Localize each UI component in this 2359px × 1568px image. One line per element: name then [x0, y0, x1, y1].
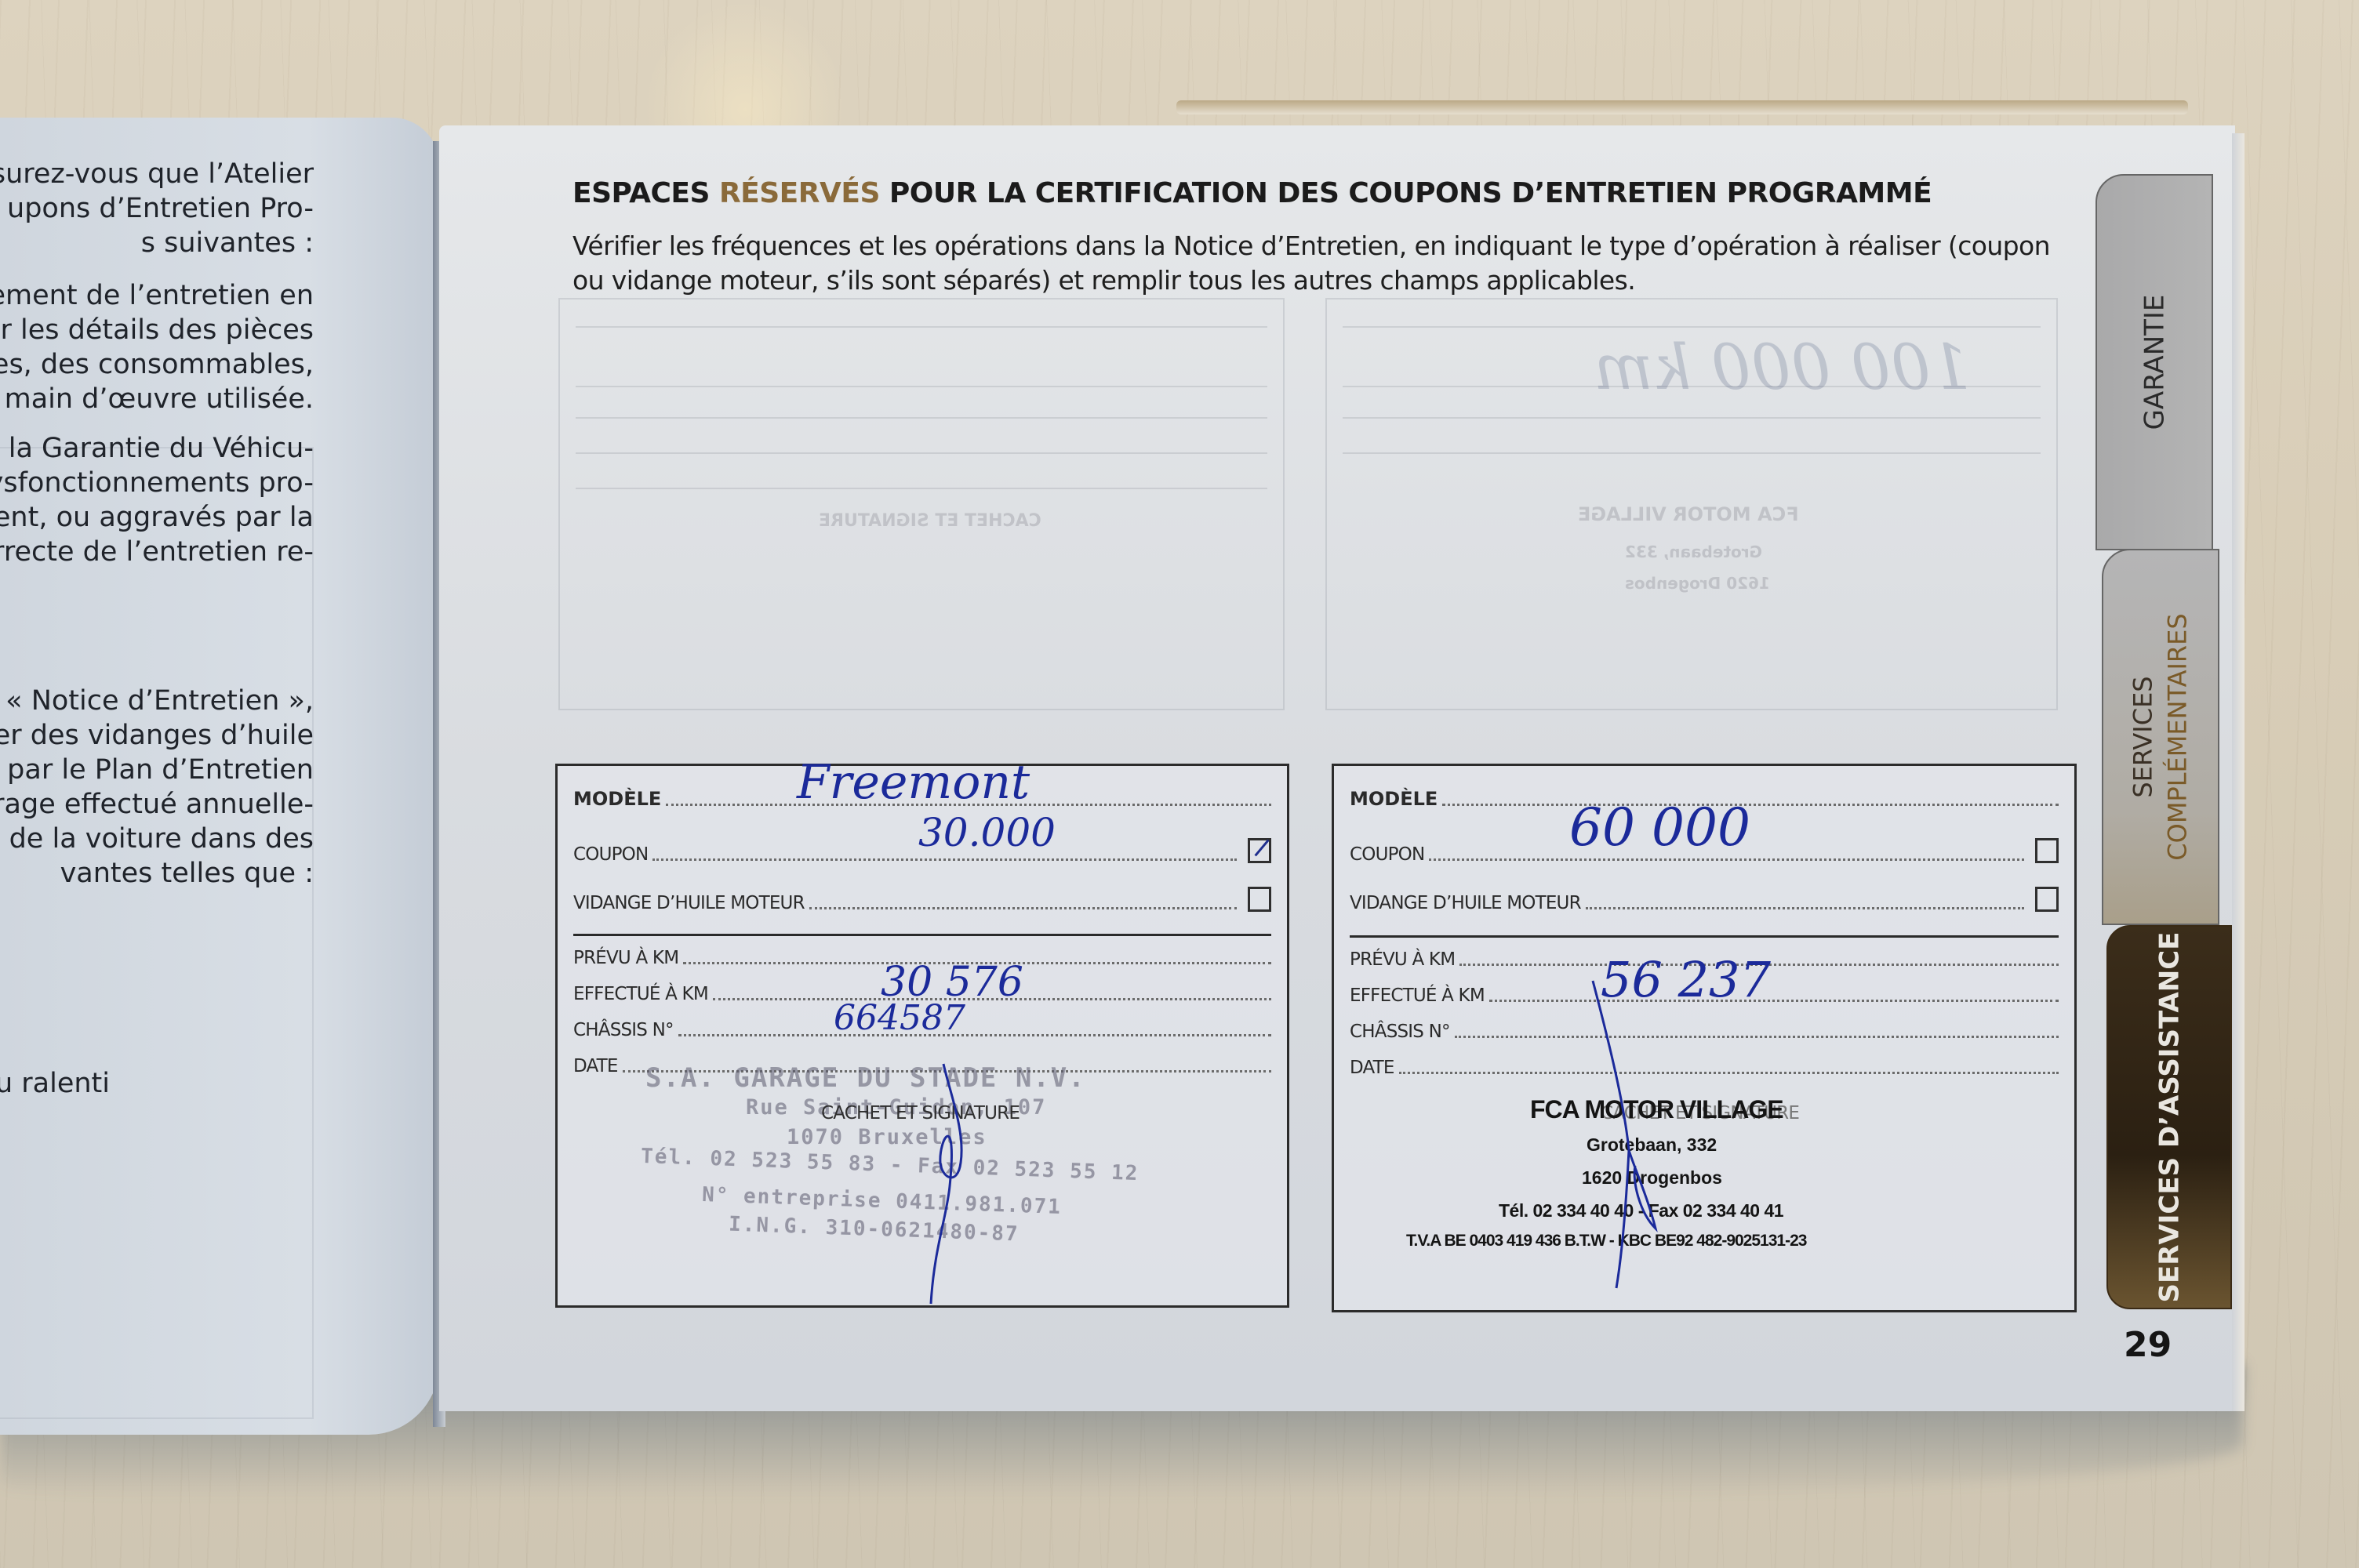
- coupon-checkbox[interactable]: [1248, 838, 1271, 863]
- left-line: ysfonctionnements pro-: [0, 466, 314, 500]
- done-km-label: EFFECTUÉ À KM: [573, 984, 708, 1004]
- oil-change-field[interactable]: [1586, 907, 2024, 909]
- page-number: 29: [2124, 1325, 2172, 1365]
- left-line: ssurez-vous que l’Atelier: [0, 157, 314, 191]
- handwritten-coupon: 60 000: [1569, 797, 1750, 858]
- oil-change-checkbox[interactable]: [1248, 887, 1271, 912]
- left-line: main d’œuvre utilisée.: [0, 382, 314, 416]
- ghost-stamp-line: Grotebaan, 332: [1625, 543, 1762, 561]
- date-label: DATE: [573, 1056, 618, 1076]
- tab-services-complementaires[interactable]: SERVICES COMPLÉMENTAIRES: [2102, 549, 2219, 925]
- coupon-label: COUPON: [573, 844, 648, 865]
- oil-change-row: VIDANGE D’HUILE MOTEUR: [573, 887, 1271, 913]
- left-line: s suivantes :: [0, 226, 314, 260]
- ghost-cachet-label: CACHET ET SIGNATURE: [819, 511, 1041, 531]
- stamp-line: 1620 Drogenbos: [1582, 1167, 1722, 1189]
- chassis-field[interactable]: [1455, 1036, 2059, 1038]
- ghost-stamp-line: FCA MOTOR VILLAGE: [1578, 503, 1799, 525]
- date-label: DATE: [1350, 1058, 1394, 1078]
- model-label: MODÈLE: [1350, 788, 1438, 810]
- chassis-label: CHÂSSIS N°: [573, 1020, 674, 1040]
- ghost-coupon-right: 100 000 km FCA MOTOR VILLAGE Grotebaan, …: [1325, 298, 2058, 710]
- left-page-ghost-box: [0, 447, 314, 1419]
- form-separator: [573, 934, 1271, 936]
- left-paragraph-2: aiement de l’entretien en enir les détai…: [0, 278, 314, 416]
- tab-services-label: SERVICES COMPLÉMENTAIRES: [2126, 613, 2195, 860]
- left-line: vantes telles que :: [0, 856, 314, 891]
- tab-services-line1: SERVICES: [2126, 613, 2161, 860]
- title-part1: ESPACES: [572, 177, 719, 209]
- ghost-handwriting: 100 000 km: [1594, 331, 1971, 404]
- left-line: uer des vidanges d’huile: [0, 718, 314, 753]
- stamp-line: 1070 Bruxelles: [787, 1125, 987, 1149]
- planned-km-label: PRÉVU À KM: [1350, 949, 1455, 970]
- left-line: nent, ou aggravés par la: [0, 500, 314, 535]
- stamp-line: Grotebaan, 332: [1587, 1134, 1717, 1156]
- title-part2: POUR LA CERTIFICATION DES COUPONS D’ENTR…: [880, 177, 1932, 209]
- handwritten-coupon: 30.000: [918, 810, 1056, 855]
- stamp-signature-label: CACHET ET SIGNATURE: [821, 1103, 1020, 1123]
- coupon-form-2: MODÈLE COUPON VIDANGE D’HUILE MOTEUR PRÉ…: [1332, 764, 2077, 1312]
- coupon-label: COUPON: [1350, 844, 1424, 865]
- page-title: ESPACES RÉSERVÉS POUR LA CERTIFICATION D…: [572, 177, 1932, 209]
- tab-garantie-label: GARANTIE: [2137, 295, 2172, 430]
- form-separator: [1350, 935, 2059, 938]
- stamp-line: I.N.G. 310-0621480-87: [729, 1213, 1020, 1247]
- handwritten-chassis: 664587: [834, 998, 965, 1038]
- left-line: upons d’Entretien Pro-: [0, 191, 314, 226]
- chassis-field[interactable]: [678, 1034, 1271, 1036]
- stamp-line: T.V.A BE 0403 419 436 B.T.W - KBC BE92 4…: [1406, 1232, 1806, 1250]
- left-paragraph-1: ssurez-vous que l’Atelier upons d’Entret…: [0, 157, 314, 260]
- done-km-field[interactable]: [1489, 1000, 2059, 1002]
- left-line: etrage effectué annuelle-: [0, 787, 314, 822]
- handwritten-model: Freemont: [797, 755, 1030, 810]
- page-edges-stack: [1176, 100, 2188, 114]
- left-line: de la voiture dans des: [0, 822, 314, 856]
- coupon-form-1: MODÈLE COUPON VIDANGE D’HUILE MOTEUR PRÉ…: [555, 764, 1289, 1308]
- stamp-line: Tél. 02 523 55 83 - Fax 02 523 55 12: [641, 1145, 1140, 1185]
- stamp-line: FCA MOTOR VILLAGE: [1530, 1095, 1783, 1124]
- tab-services-line2: COMPLÉMENTAIRES: [2161, 613, 2195, 860]
- oil-change-row: VIDANGE D’HUILE MOTEUR: [1350, 887, 2059, 913]
- left-line: u ralenti: [0, 1066, 110, 1101]
- model-field[interactable]: [1442, 804, 2059, 806]
- handwritten-done-km: 56 237: [1601, 951, 1771, 1008]
- left-paragraph-4: t « Notice d’Entretien », uer des vidang…: [0, 684, 314, 891]
- chassis-label: CHÂSSIS N°: [1350, 1022, 1450, 1042]
- left-line: vu par le Plan d’Entretien: [0, 753, 314, 787]
- date-row: DATE: [1350, 1058, 2059, 1078]
- coupon-field[interactable]: [1429, 858, 2024, 861]
- chassis-row: CHÂSSIS N°: [1350, 1022, 2059, 1042]
- done-km-label: EFFECTUÉ À KM: [1350, 985, 1485, 1006]
- tab-garantie[interactable]: GARANTIE: [2095, 174, 2213, 550]
- coupon-checkbox[interactable]: [2035, 838, 2059, 863]
- left-line: aiement de l’entretien en: [0, 278, 314, 313]
- model-label: MODÈLE: [573, 788, 661, 810]
- ghost-stamp-line: 1620 Drogenbos: [1625, 574, 1770, 593]
- coupon-field[interactable]: [652, 858, 1237, 861]
- left-line: e la Garantie du Véhicu-: [0, 431, 314, 466]
- left-page: ssurez-vous que l’Atelier upons d’Entret…: [0, 118, 439, 1435]
- left-line: ntes, des consommables,: [0, 347, 314, 382]
- right-page-edge: [2232, 133, 2245, 1411]
- left-line: rrecte de l’entretien re-: [0, 535, 314, 569]
- tab-assistance-label: SERVICES D’ASSISTANCE: [2152, 932, 2186, 1303]
- oil-change-label: VIDANGE D’HUILE MOTEUR: [1350, 893, 1581, 913]
- date-field[interactable]: [1399, 1072, 2059, 1074]
- stamp-line: Tél. 02 334 40 40 - Fax 02 334 40 41: [1499, 1200, 1783, 1221]
- stamp-line: S.A. GARAGE DU STADE N.V.: [645, 1062, 1086, 1094]
- ghost-coupon-left: CACHET ET SIGNATURE: [558, 298, 1285, 710]
- planned-km-label: PRÉVU À KM: [573, 948, 678, 968]
- page-instructions: Vérifier les fréquences et les opération…: [572, 229, 2063, 298]
- left-paragraph-3: e la Garantie du Véhicu- ysfonctionnemen…: [0, 431, 314, 569]
- left-paragraph-5: u ralenti: [0, 1066, 110, 1101]
- left-line: enir les détails des pièces: [0, 313, 314, 347]
- oil-change-checkbox[interactable]: [2035, 887, 2059, 912]
- left-line: t « Notice d’Entretien »,: [0, 684, 314, 718]
- tab-services-assistance[interactable]: SERVICES D’ASSISTANCE: [2106, 925, 2232, 1309]
- oil-change-field[interactable]: [809, 907, 1237, 909]
- oil-change-label: VIDANGE D’HUILE MOTEUR: [573, 893, 805, 913]
- title-accent: RÉSERVÉS: [719, 177, 880, 209]
